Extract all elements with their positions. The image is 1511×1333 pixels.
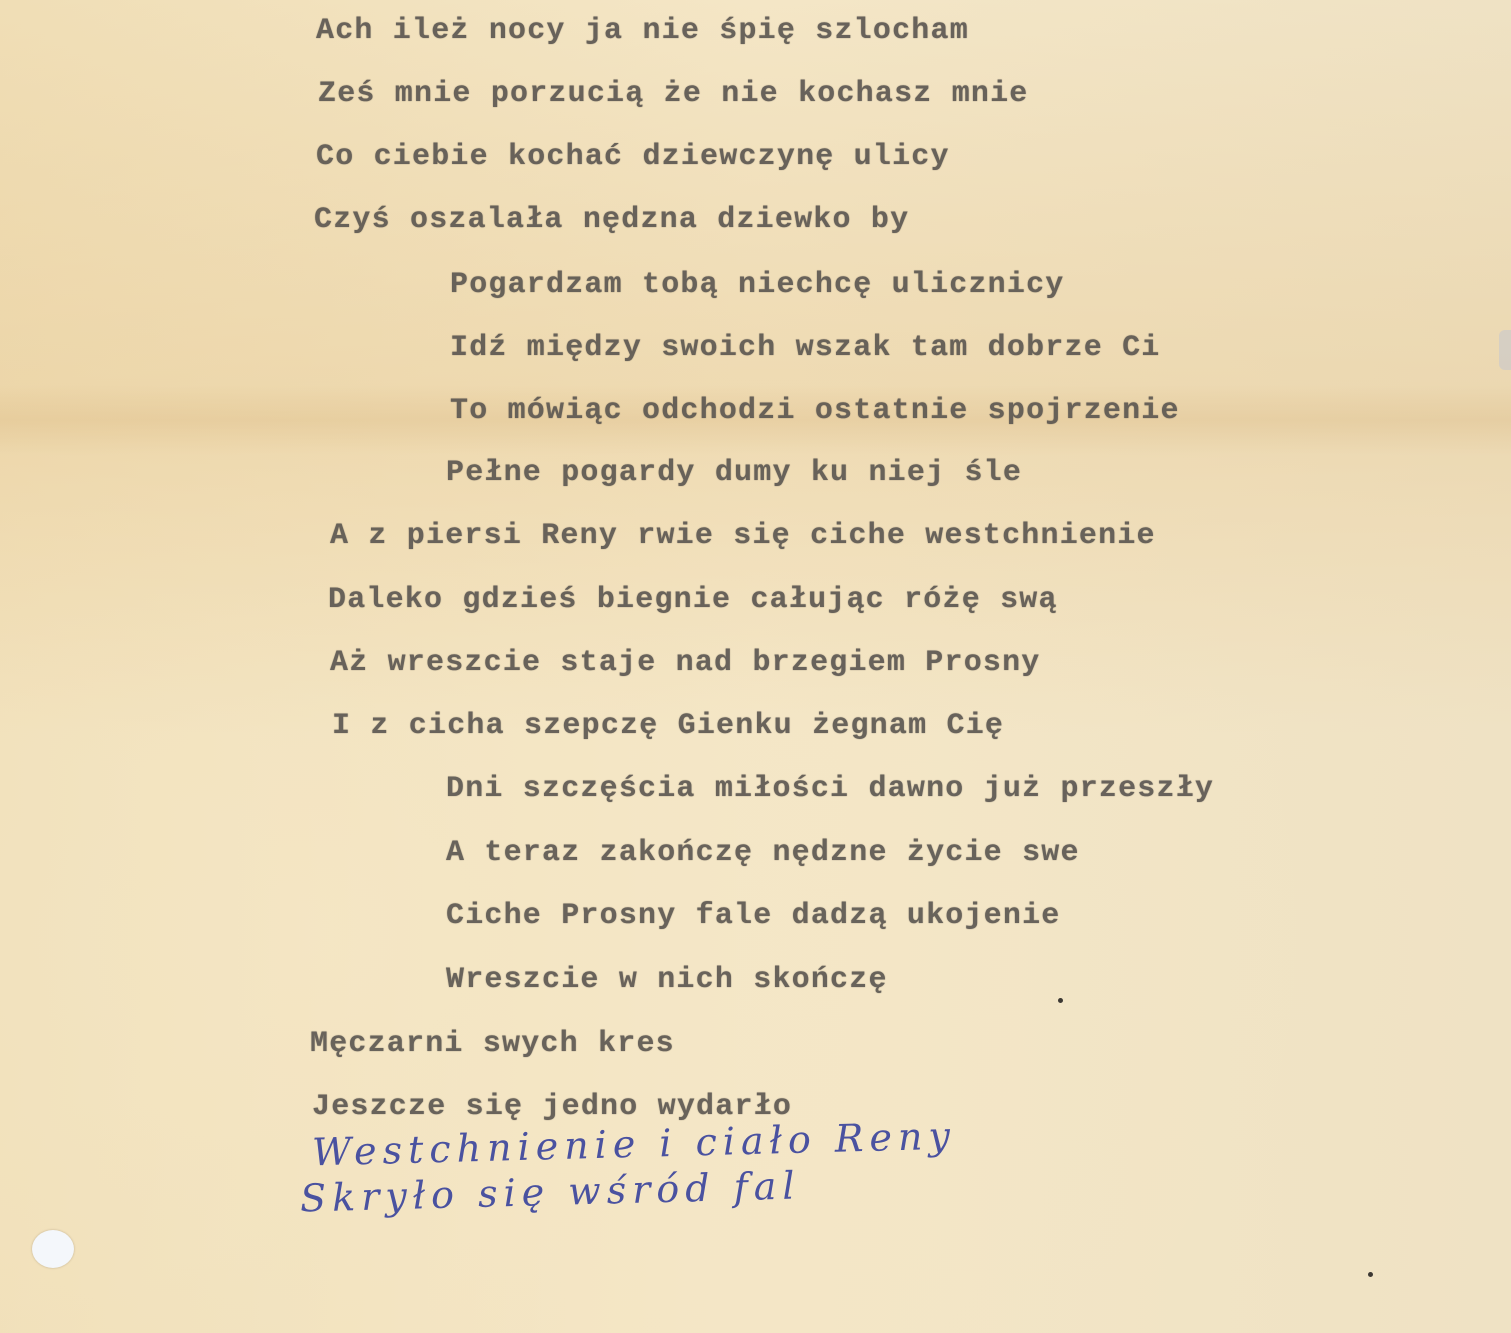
poem-line: Ześ mnie porzucią że nie kochasz mnie [318, 77, 1029, 111]
ink-speck [1368, 1272, 1373, 1277]
poem-line: Aż wreszcie staje nad brzegiem Prosny [330, 646, 1041, 680]
poem-line: Pełne pogardy dumy ku niej śle [446, 456, 1022, 490]
poem-line: Daleko gdzieś biegnie całując różę swą [328, 583, 1058, 617]
poem-line: A teraz zakończę nędzne życie swe [446, 836, 1080, 870]
poem-line: Idź między swoich wszak tam dobrze Ci [450, 331, 1161, 365]
poem-line: A z piersi Reny rwie się ciche westchnie… [330, 519, 1156, 553]
poem-line: Ciche Prosny fale dadzą ukojenie [446, 899, 1061, 933]
paper-edge-mark [1499, 330, 1511, 370]
punch-hole [32, 1230, 74, 1268]
poem-line: Męczarni swych kres [310, 1027, 675, 1061]
poem-line: Pogardzam tobą niechcę ulicznicy [450, 268, 1065, 302]
poem-line: Wreszcie w nich skończę [446, 963, 888, 997]
poem-line: I z cicha szepczę Gienku żegnam Cię [332, 709, 1004, 743]
poem-line: Ach ileż nocy ja nie śpię szlocham [316, 14, 969, 48]
poem-line: Czyś oszalała nędzna dziewko by [314, 203, 909, 237]
poem-line: To mówiąc odchodzi ostatnie spojrzenie [450, 394, 1180, 428]
poem-line: Dni szczęścia miłości dawno już przeszły [446, 772, 1214, 806]
poem-line: Co ciebie kochać dziewczynę ulicy [316, 140, 950, 174]
ink-speck [1058, 998, 1063, 1003]
